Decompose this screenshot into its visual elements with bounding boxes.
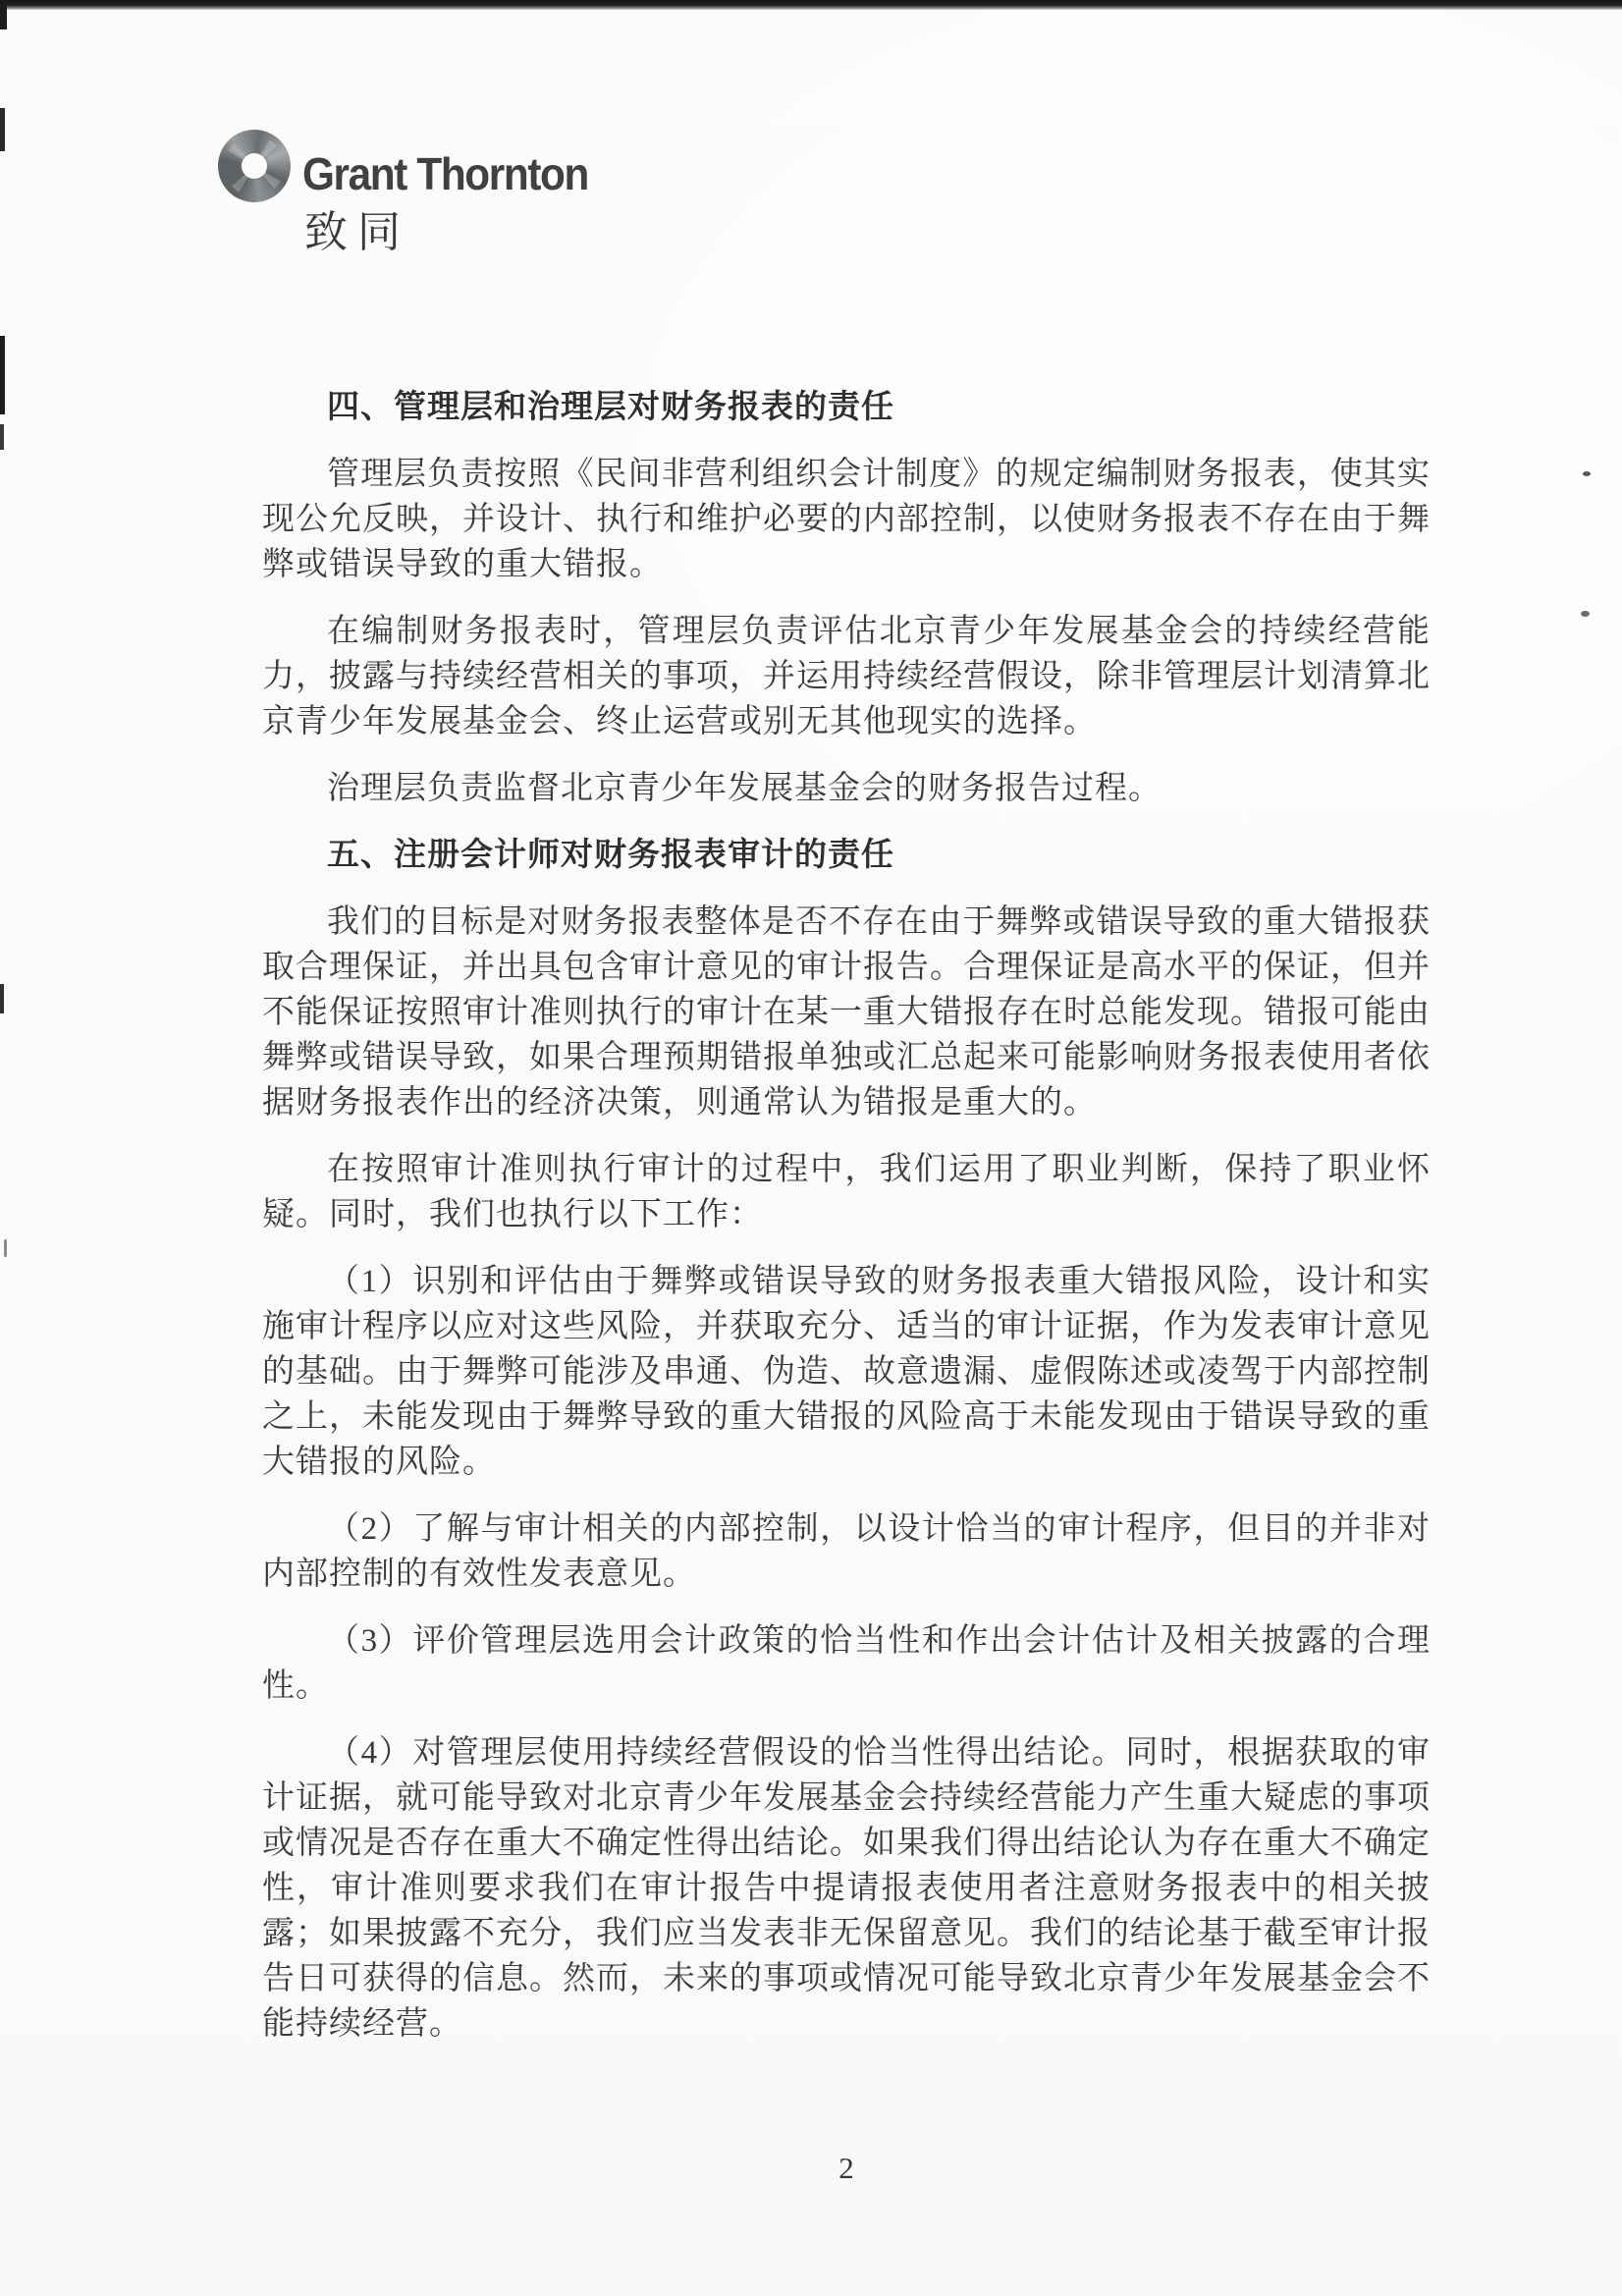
list-item-2-internal-control: （2）了解与审计相关的内部控制，以设计恰当的审计程序，但目的并非对内部控制的有效… [262, 1506, 1431, 1597]
scan-edge-left-dash [0, 108, 5, 151]
paragraph-governance-oversight: 治理层负责监督北京青少年发展基金会的财务报告过程。 [262, 766, 1431, 811]
brand-name-chinese: 致同 [304, 196, 410, 259]
scan-edge-left-dash [0, 0, 7, 29]
scan-edge-top [0, 0, 1622, 10]
paragraph-preparation-responsibility: 管理层负责按照《民间非营利组织会计制度》的规定编制财务报表，使其实现公允反映，并… [262, 452, 1431, 587]
scan-speck [1583, 471, 1591, 476]
scan-speck [4, 1239, 7, 1257]
paragraph-going-concern-assessment: 在编制财务报表时，管理层负责评估北京青少年发展基金会的持续经营能力，披露与持续经… [262, 609, 1431, 744]
list-item-1-risk-identification: （1）识别和评估由于舞弊或错误导致的财务报表重大错报风险，设计和实施审计程序以应… [262, 1259, 1431, 1485]
list-item-4-going-concern-conclusion: （4）对管理层使用持续经营假设的恰当性得出结论。同时，根据获取的审计证据，就可能… [262, 1730, 1431, 2047]
section-heading-management-responsibility: 四、管理层和治理层对财务报表的责任 [262, 385, 1431, 430]
paragraph-professional-judgment: 在按照审计准则执行审计的过程中，我们运用了职业判断，保持了职业怀疑。同时，我们也… [262, 1147, 1431, 1237]
scan-speck [1581, 611, 1590, 617]
scan-edge-left-dash [0, 336, 5, 414]
page-number: 2 [262, 2151, 1431, 2186]
scan-edge-left-dash [0, 424, 4, 450]
section-heading-auditor-responsibility: 五、注册会计师对财务报表审计的责任 [262, 833, 1431, 878]
brand-name: Grant Thornton [302, 147, 588, 200]
document-body: 四、管理层和治理层对财务报表的责任 管理层负责按照《民间非营利组织会计制度》的规… [262, 385, 1431, 2068]
grant-thornton-swirl-icon [218, 130, 291, 202]
scan-edge-left-dash [0, 984, 4, 1013]
list-item-3-accounting-policies: （3）评价管理层选用会计政策的恰当性和作出会计估计及相关披露的合理性。 [262, 1618, 1431, 1709]
scanned-audit-report-page: Grant Thornton 致同 四、管理层和治理层对财务报表的责任 管理层负… [0, 0, 1622, 2296]
paragraph-audit-objective: 我们的目标是对财务报表整体是否不存在由于舞弊或错误导致的重大错报获取合理保证，并… [262, 900, 1431, 1125]
